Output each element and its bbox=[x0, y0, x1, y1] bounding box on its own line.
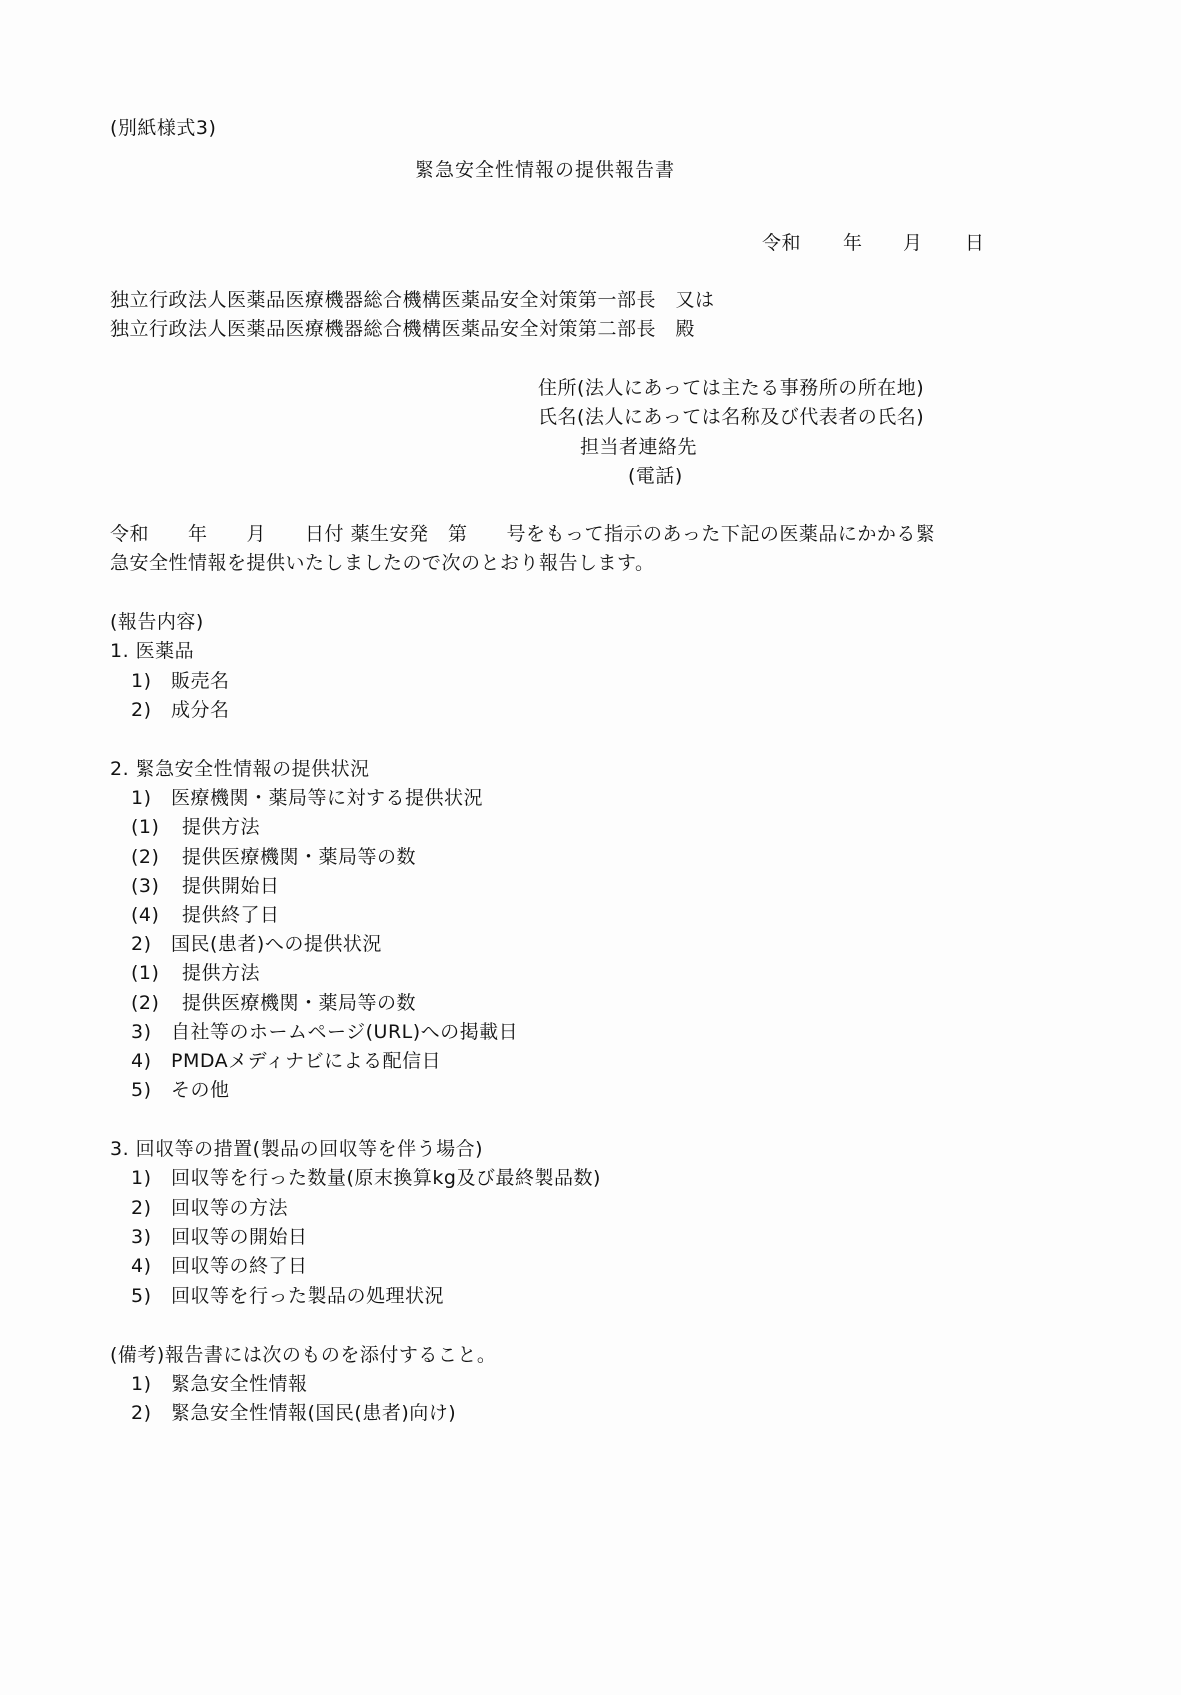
item-number: (3) bbox=[131, 874, 159, 898]
item-text: その他 bbox=[171, 1078, 230, 1102]
item-text: 回収等の方法 bbox=[171, 1196, 288, 1220]
item-text: 提供方法 bbox=[182, 961, 260, 985]
remarks-heading: (備考)報告書には次のものを添付すること。 bbox=[110, 1343, 496, 1367]
item-text: PMDAメディナビによる配信日 bbox=[171, 1049, 441, 1073]
item-number: 1) bbox=[131, 1372, 152, 1396]
item-number: 2) bbox=[131, 698, 152, 722]
item-text: 国民(患者)への提供状況 bbox=[171, 932, 382, 956]
item-number: 3) bbox=[131, 1225, 152, 1249]
item-number: (2) bbox=[131, 991, 159, 1015]
item-number: (4) bbox=[131, 903, 159, 927]
sender-name: 氏名(法人にあっては名称及び代表者の氏名) bbox=[538, 405, 924, 429]
date-year: 年 bbox=[843, 231, 863, 255]
addressee-line-2: 独立行政法人医薬品医療機器総合機構医薬品安全対策第二部長 殿 bbox=[110, 317, 695, 341]
item-number: 5) bbox=[131, 1078, 152, 1102]
item-number: 1) bbox=[131, 669, 152, 693]
sender-contact: 担当者連絡先 bbox=[580, 435, 697, 459]
item-number: 4) bbox=[131, 1254, 152, 1278]
item-text: 提供医療機関・薬局等の数 bbox=[182, 845, 416, 869]
item-text: 成分名 bbox=[171, 698, 230, 722]
document-page: (別紙様式3) 緊急安全性情報の提供報告書 令和 年 月 日 独立行政法人医薬品… bbox=[0, 0, 1181, 1695]
item-text: 提供開始日 bbox=[182, 874, 280, 898]
item-text: 緊急安全性情報(国民(患者)向け) bbox=[171, 1401, 456, 1425]
item-text: 医療機関・薬局等に対する提供状況 bbox=[171, 786, 483, 810]
item-number: 1) bbox=[131, 1166, 152, 1190]
item-text: 提供終了日 bbox=[182, 903, 280, 927]
item-text: 自社等のホームページ(URL)への掲載日 bbox=[171, 1020, 518, 1044]
item-number: 2) bbox=[131, 932, 152, 956]
sender-address: 住所(法人にあっては主たる事務所の所在地) bbox=[538, 376, 924, 400]
item-number: (2) bbox=[131, 845, 159, 869]
addressee-line-1: 独立行政法人医薬品医療機器総合機構医薬品安全対策第一部長 又は bbox=[110, 288, 715, 312]
report-heading: (報告内容) bbox=[110, 610, 204, 634]
date-day: 日 bbox=[965, 231, 985, 255]
date-era: 令和 bbox=[762, 231, 801, 255]
item-number: 2) bbox=[131, 1401, 152, 1425]
item-text: 提供医療機関・薬局等の数 bbox=[182, 991, 416, 1015]
item-number: (1) bbox=[131, 961, 159, 985]
section-heading: 3. 回収等の措置(製品の回収等を伴う場合) bbox=[110, 1137, 483, 1161]
item-number: 5) bbox=[131, 1284, 152, 1308]
form-label: (別紙様式3) bbox=[110, 116, 216, 140]
item-number: 1) bbox=[131, 786, 152, 810]
intro-line-2: 急安全性情報を提供いたしましたので次のとおり報告します。 bbox=[110, 551, 654, 575]
item-number: 4) bbox=[131, 1049, 152, 1073]
item-number: 2) bbox=[131, 1196, 152, 1220]
item-text: 回収等を行った数量(原末換算kg及び最終製品数) bbox=[171, 1166, 601, 1190]
document-title: 緊急安全性情報の提供報告書 bbox=[415, 158, 675, 182]
section-heading: 1. 医薬品 bbox=[110, 639, 194, 663]
intro-line-1: 令和 年 月 日付 薬生安発 第 号をもって指示のあった下記の医薬品にかかる緊 bbox=[110, 522, 935, 546]
item-text: 回収等を行った製品の処理状況 bbox=[171, 1284, 444, 1308]
date-month: 月 bbox=[903, 231, 923, 255]
item-text: 販売名 bbox=[171, 669, 230, 693]
item-number: 3) bbox=[131, 1020, 152, 1044]
item-text: 緊急安全性情報 bbox=[171, 1372, 308, 1396]
item-number: (1) bbox=[131, 815, 159, 839]
section-heading: 2. 緊急安全性情報の提供状況 bbox=[110, 757, 370, 781]
item-text: 回収等の開始日 bbox=[171, 1225, 308, 1249]
item-text: 提供方法 bbox=[182, 815, 260, 839]
item-text: 回収等の終了日 bbox=[171, 1254, 308, 1278]
sender-phone: (電話) bbox=[628, 464, 683, 488]
